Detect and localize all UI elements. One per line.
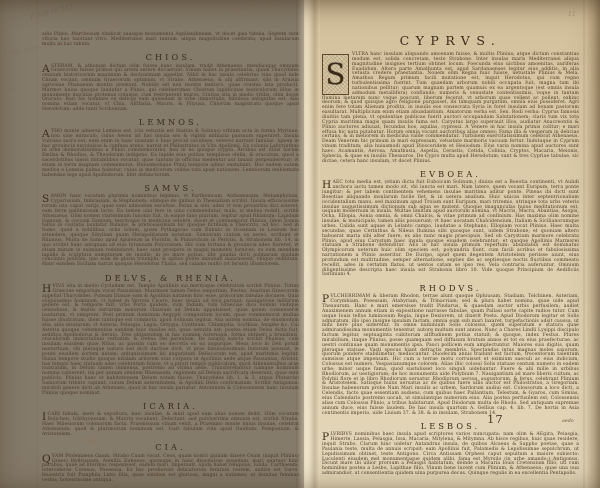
section-body: AEC tota media est, (etiam dicta fuit Eu… xyxy=(322,180,579,277)
section-chios: CHIOS. ASTERAM, & athonian dictam olim f… xyxy=(42,53,299,113)
section-body: STERAM, & athonian dictam olim fuisse ha… xyxy=(42,64,299,113)
section-heading-lesbos: LESBOS. xyxy=(322,422,579,431)
section-icaria: ICARIA. ICARI fabula, mors & sepultura, … xyxy=(42,402,299,438)
section-cia: CIA. QVAM Ptolemaeus Gaum, Strabo Caum v… xyxy=(42,443,299,484)
continuation-paragraph: adis Plinio. Marchesum vindicat suasque … xyxy=(42,33,299,48)
section-body: AMON hanc vocatam plurimis nominibus leg… xyxy=(42,194,299,267)
section-body: VIVS sita in medio Cycladum est. Templo … xyxy=(42,284,299,396)
drop-cap: S xyxy=(42,195,51,204)
section-heading-chios: CHIOS. xyxy=(42,53,299,62)
section-body: VLCHERRIMAM & liberam Rhodon, terrae alu… xyxy=(322,294,579,415)
section-body: VLTRA hanc insulam aliquando amoenam fui… xyxy=(322,52,579,164)
drop-cap: H xyxy=(322,181,333,190)
decorated-woodcut-initial: S xyxy=(322,54,349,95)
section-heading-euboea: EVBOEA. xyxy=(322,170,579,179)
right-text-column: CYPRVS. SVLTRA hanc insulam aliquando am… xyxy=(322,24,579,477)
book-spread-photo: adis Plinio. Marchesum vindicat suasque … xyxy=(0,0,600,488)
section-euboea: EVBOEA. HAEC tota media est, (etiam dict… xyxy=(322,170,579,278)
section-heading-cyprus: CYPRVS. xyxy=(322,34,579,48)
section-heading-samus: SAMVS. xyxy=(42,184,299,193)
section-body: THO monte aduersa Lemnos est, (cui vetus… xyxy=(42,129,299,178)
catchword: aedo xyxy=(562,419,574,424)
section-heading-cia: CIA. xyxy=(42,443,299,452)
left-text-column: adis Plinio. Marchesum vindicat suasque … xyxy=(42,33,299,484)
section-body: VAM Ptolemaeus Gaum, Strabo Caum vocat. … xyxy=(42,454,299,483)
section-cyprus: CYPRVS. SVLTRA hanc insulam aliquando am… xyxy=(322,34,579,164)
section-lesbos: LESBOS. PLVRIBVS nominibus haec insula a… xyxy=(322,422,579,477)
section-heading-lemnos: LEMNOS. xyxy=(42,118,299,127)
drop-cap: A xyxy=(42,65,51,74)
section-rhodus: RHODVS. PVLCHERRIMAM & liberam Rhodon, t… xyxy=(322,284,579,417)
section-samus: SAMVS. SAMON hanc vocatam plurimis nomin… xyxy=(42,184,299,268)
section-body: CARI fabula, mors & sepultura, huic insu… xyxy=(42,412,299,436)
drop-cap: A xyxy=(42,130,51,139)
section-heading-delus-rhenia: DELVS, & RHENIA. xyxy=(42,274,299,283)
section-lemnos: LEMNOS. ATHO monte aduersa Lemnos est, (… xyxy=(42,118,299,178)
drop-cap: H xyxy=(42,285,53,294)
page-number: 17 xyxy=(487,412,504,426)
section-heading-rhodus: RHODVS. xyxy=(322,284,579,293)
section-delus-rhenia: DELVS, & RHENIA. HVIVS sita in medio Cyc… xyxy=(42,274,299,397)
section-body: LVRIBVS nominibus haec insula apud scrip… xyxy=(322,432,579,476)
section-heading-icaria: ICARIA. xyxy=(42,402,299,411)
